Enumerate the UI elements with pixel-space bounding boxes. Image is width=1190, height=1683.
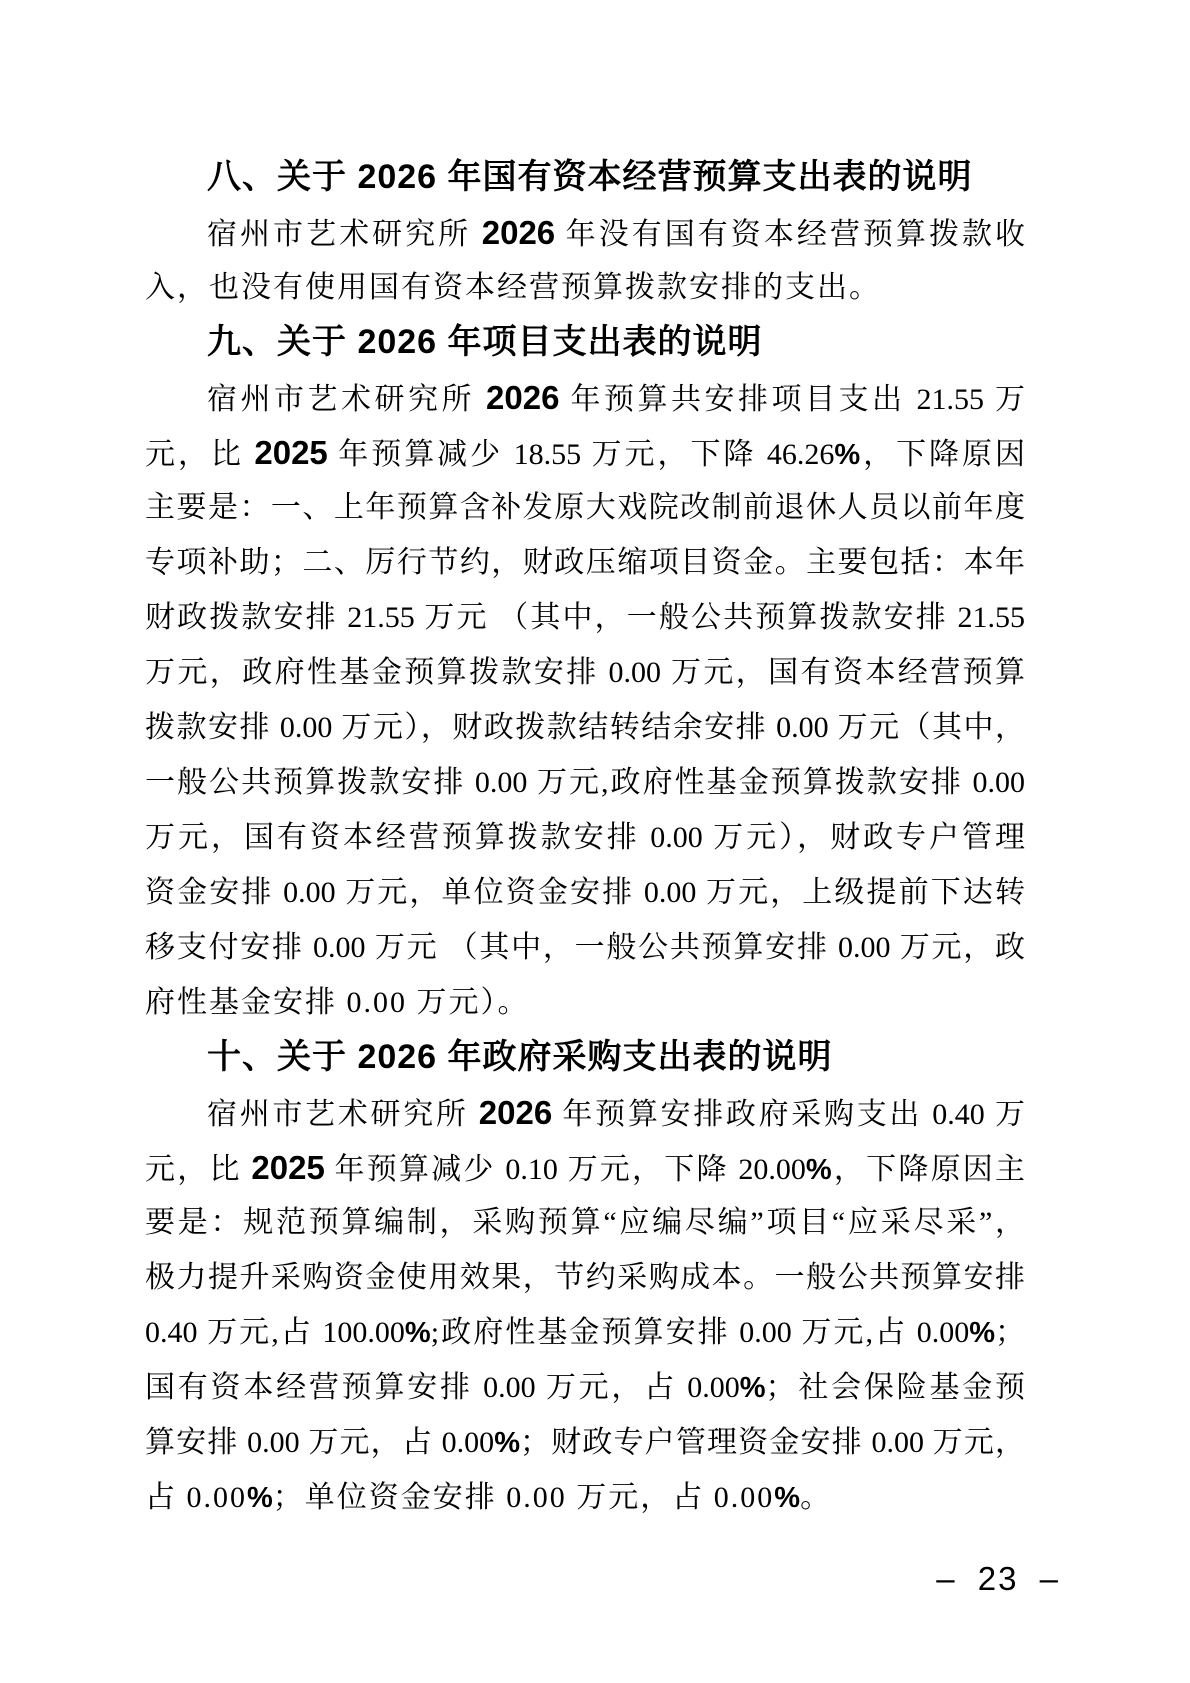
text-segment: 府性基金安排 0.00 万元）。 [145,986,530,1019]
percent-sign: % [969,1317,995,1349]
text-line: 拨款安排 0.00 万元），财政拨款结转结余安排 0.00 万元（其中， [145,700,1025,755]
year-number: 2025 [254,434,327,471]
text-line: 专项补助；二、厉行节约，财政压缩项目资金。主要包括：本年 [145,535,1025,590]
text-line: 宿州市艺术研究所 2026 年预算安排政府采购支出 0.40 万 [145,1085,1025,1140]
text-line: 宿州市艺术研究所 2026 年没有国有资本经营预算拨款收 [145,205,1025,260]
text-segment: 宿州市艺术研究所 [207,1098,479,1131]
text-segment: 。 [800,1481,832,1514]
text-segment: 国有资本经营预算安排 0.00 万元，占 0.00 [145,1371,740,1404]
text-segment: 元，比 [145,1153,251,1186]
text-line: 0.40 万元,占 100.00%;政府性基金预算安排 0.00 万元,占 0.… [145,1305,1025,1360]
text-segment: ； [995,1316,1025,1349]
text-segment: 资金安排 0.00 万元，单位资金安排 0.00 万元，上级提前下达转 [145,876,1025,909]
text-segment: 年预算共安排项目支出 21.55 万 [559,383,1025,416]
text-line: 要是：规范预算编制，采购预算“应编尽编”项目“应采尽采”， [145,1195,1025,1250]
heading-text: 八、关于 2026 年国有资本经营预算支出表的说明 [207,158,973,196]
text-line: 算安排 0.00 万元，占 0.00%；财政专户管理资金安排 0.00 万元， [145,1415,1025,1470]
text-segment: 0.40 万元,占 100.00 [145,1316,405,1349]
text-line: 元，比 2025 年预算减少 18.55 万元，下降 46.26%，下降原因 [145,425,1025,480]
percent-sign: % [247,1482,273,1514]
year-number: 2025 [251,1149,324,1186]
percent-sign: % [740,1372,766,1404]
text-segment: 万元，国有资本经营预算拨款安排 0.00 万元），财政专户管理 [145,821,1025,854]
section-heading: 十、关于 2026 年政府采购支出表的说明 [145,1030,1025,1085]
text-segment: 入，也没有使用国有资本经营预算拨款安排的支出。 [145,271,881,304]
page-number: – 23 – [936,1560,1060,1598]
text-segment: 年预算减少 18.55 万元，下降 46.26 [328,438,835,471]
page: 八、关于 2026 年国有资本经营预算支出表的说明宿州市艺术研究所 2026 年… [0,0,1190,1683]
text-segment: 年预算安排政府采购支出 0.40 万 [552,1098,1025,1131]
text-segment: 万元，政府性基金预算拨款安排 0.00 万元，国有资本经营预算 [145,656,1025,689]
section-heading: 八、关于 2026 年国有资本经营预算支出表的说明 [145,150,1025,205]
text-line: 极力提升采购资金使用效果，节约采购成本。一般公共预算安排 [145,1250,1025,1305]
percent-sign: % [806,1154,832,1186]
text-segment: 专项补助；二、厉行节约，财政压缩项目资金。主要包括：本年 [145,546,1025,579]
text-line: 财政拨款安排 21.55 万元 （其中，一般公共预算拨款安排 21.55 [145,590,1025,645]
text-line: 占 0.00%；单位资金安排 0.00 万元，占 0.00%。 [145,1470,1025,1525]
text-segment: 移支付安排 0.00 万元 （其中，一般公共预算安排 0.00 万元，政 [145,931,1025,964]
percent-sign: % [774,1482,800,1514]
year-number: 2026 [486,379,559,416]
text-segment: ;政府性基金预算安排 0.00 万元,占 0.00 [431,1316,970,1349]
percent-sign: % [834,439,860,471]
text-segment: 算安排 0.00 万元，占 0.00 [145,1426,494,1459]
text-segment: 要是：规范预算编制，采购预算“应编尽编”项目“应采尽采”， [145,1206,1025,1239]
text-segment: 占 0.00 [145,1481,247,1514]
text-segment: 主要是：一、上年预算含补发原大戏院改制前退休人员以前年度 [145,491,1025,524]
text-line: 国有资本经营预算安排 0.00 万元，占 0.00%；社会保险基金预 [145,1360,1025,1415]
text-segment: 极力提升采购资金使用效果，节约采购成本。一般公共预算安排 [145,1261,1025,1294]
heading-text: 九、关于 2026 年项目支出表的说明 [207,323,763,361]
year-number: 2026 [482,214,555,251]
percent-sign: % [405,1317,431,1349]
text-line: 移支付安排 0.00 万元 （其中，一般公共预算安排 0.00 万元，政 [145,920,1025,975]
text-segment: 宿州市艺术研究所 [207,218,482,251]
text-segment: ；单位资金安排 0.00 万元，占 0.00 [273,1481,775,1514]
year-number: 2026 [479,1094,552,1131]
text-line: 府性基金安排 0.00 万元）。 [145,975,1025,1030]
text-segment: 元，比 [145,438,254,471]
heading-text: 十、关于 2026 年政府采购支出表的说明 [207,1038,833,1076]
text-segment: ；社会保险基金预 [766,1371,1025,1404]
text-line: 宿州市艺术研究所 2026 年预算共安排项目支出 21.55 万 [145,370,1025,425]
text-line: 主要是：一、上年预算含补发原大戏院改制前退休人员以前年度 [145,480,1025,535]
text-segment: 一般公共预算拨款安排 0.00 万元,政府性基金预算拨款安排 0.00 [145,766,1025,799]
text-segment: 拨款安排 0.00 万元），财政拨款结转结余安排 0.00 万元（其中， [145,711,1025,744]
section-heading: 九、关于 2026 年项目支出表的说明 [145,315,1025,370]
text-line: 万元，国有资本经营预算拨款安排 0.00 万元），财政专户管理 [145,810,1025,865]
text-line: 资金安排 0.00 万元，单位资金安排 0.00 万元，上级提前下达转 [145,865,1025,920]
text-segment: ，下降原因 [860,438,1025,471]
text-segment: 财政拨款安排 21.55 万元 （其中，一般公共预算拨款安排 21.55 [145,601,1025,634]
text-segment: ；财政专户管理资金安排 0.00 万元， [520,1426,1025,1459]
text-segment: 宿州市艺术研究所 [207,383,486,416]
text-line: 一般公共预算拨款安排 0.00 万元,政府性基金预算拨款安排 0.00 [145,755,1025,810]
document-body: 八、关于 2026 年国有资本经营预算支出表的说明宿州市艺术研究所 2026 年… [145,150,1025,1525]
text-segment: 年没有国有资本经营预算拨款收 [555,218,1025,251]
text-line: 元，比 2025 年预算减少 0.10 万元，下降 20.00%，下降原因主 [145,1140,1025,1195]
text-line: 万元，政府性基金预算拨款安排 0.00 万元，国有资本经营预算 [145,645,1025,700]
text-segment: ，下降原因主 [832,1153,1025,1186]
text-line: 入，也没有使用国有资本经营预算拨款安排的支出。 [145,260,1025,315]
text-segment: 年预算减少 0.10 万元，下降 20.00 [325,1153,806,1186]
percent-sign: % [494,1427,520,1459]
